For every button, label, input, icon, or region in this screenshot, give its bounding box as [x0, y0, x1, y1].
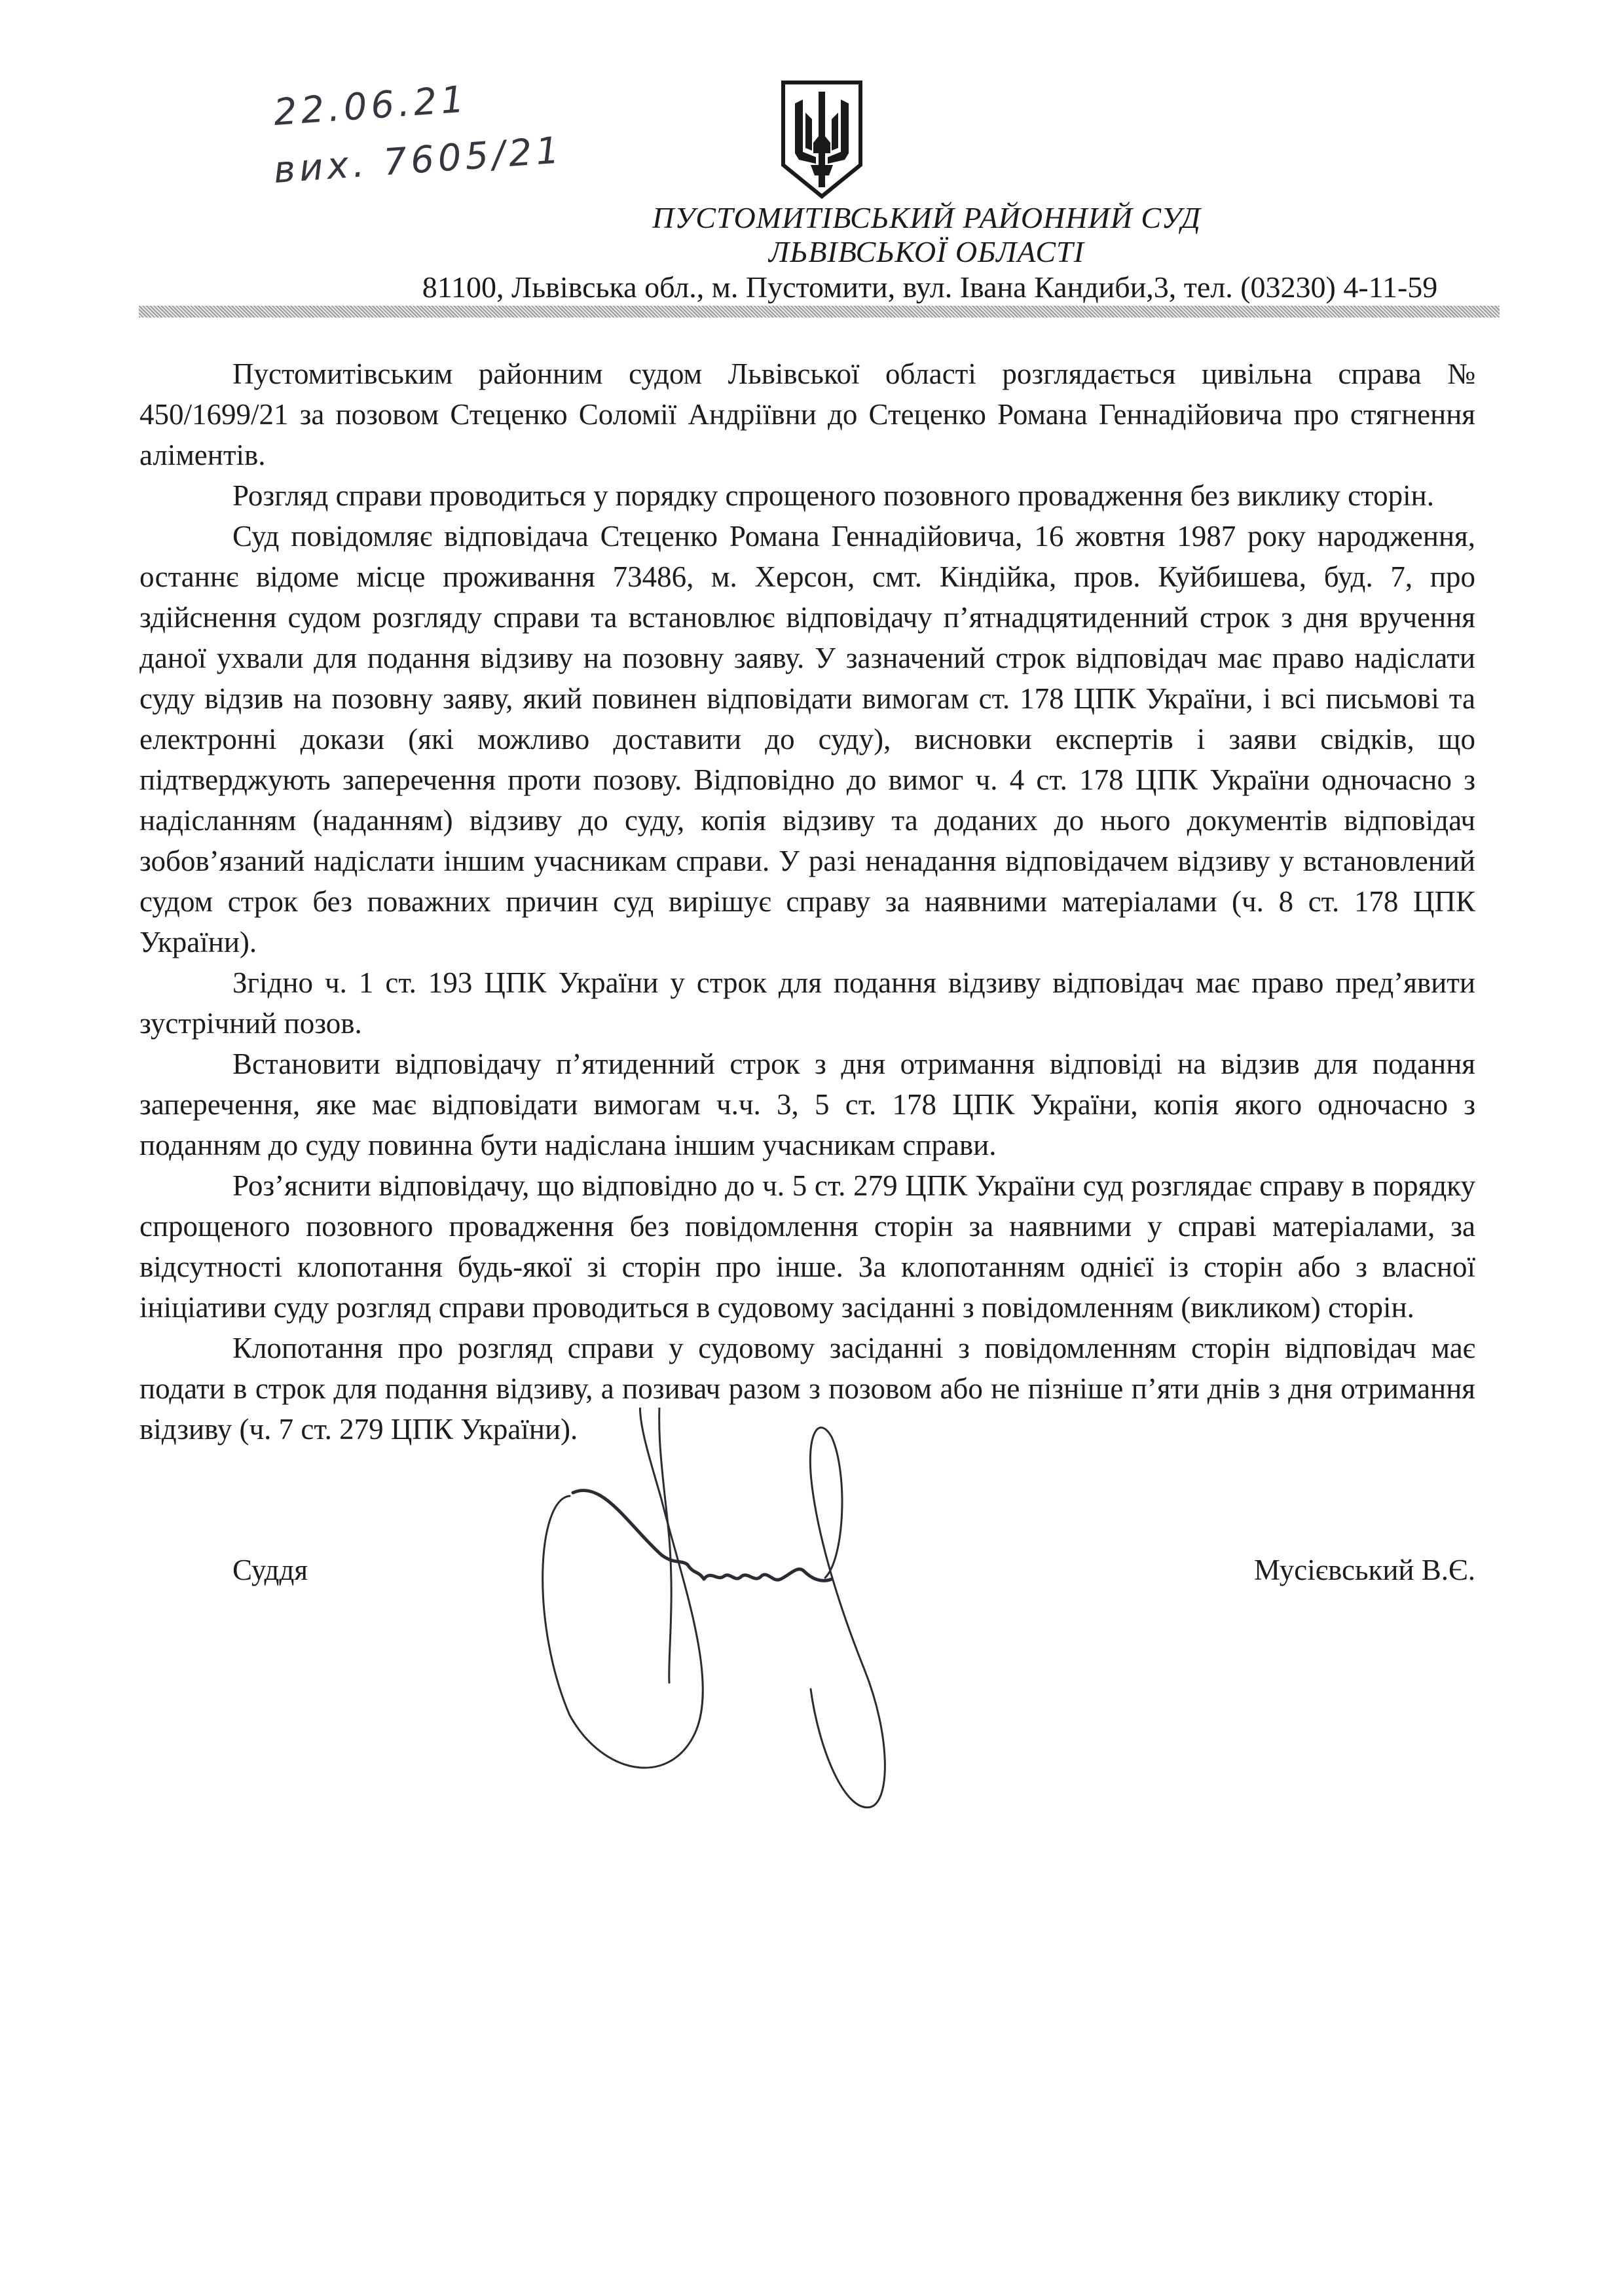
handwritten-date: 22.06.21 — [272, 78, 470, 134]
handwritten-outgoing-number: вих. 7605/21 — [272, 129, 564, 192]
signer-title: Суддя — [232, 1553, 308, 1587]
court-address: 81100, Львівська обл., м. Пустомити, вул… — [0, 270, 1624, 304]
paragraph-motion: Клопотання про розгляд справи у судовому… — [139, 1328, 1475, 1449]
paragraph-explanation: Роз’яснити відповідачу, що відповідно до… — [139, 1165, 1475, 1328]
paragraph-procedure: Розгляд справи проводиться у порядку спр… — [139, 475, 1475, 516]
paragraph-counterclaim: Згідно ч. 1 ст. 193 ЦПК України у строк … — [139, 962, 1475, 1044]
court-region: ЛЬВІВСЬКОЇ ОБЛАСТІ — [0, 234, 1624, 269]
letter-body: Пустомитівським районним судом Львівсько… — [139, 354, 1475, 1449]
coat-of-arms-of-ukraine-icon — [779, 80, 864, 199]
paragraph-objection-term: Встановити відповідачу п’ятиденний строк… — [139, 1044, 1475, 1165]
header-divider — [139, 306, 1500, 318]
paragraph-notification: Суд повідомляє відповідача Стеценко Рома… — [139, 516, 1475, 962]
paragraph-case-info: Пустомитівським районним судом Львівсько… — [139, 354, 1475, 475]
signer-name: Мусієвський В.Є. — [1254, 1553, 1475, 1587]
court-name: ПУСТОМИТІВСЬКИЙ РАЙОННИЙ СУД — [0, 200, 1624, 235]
handwritten-signature-icon — [498, 1408, 1126, 1997]
